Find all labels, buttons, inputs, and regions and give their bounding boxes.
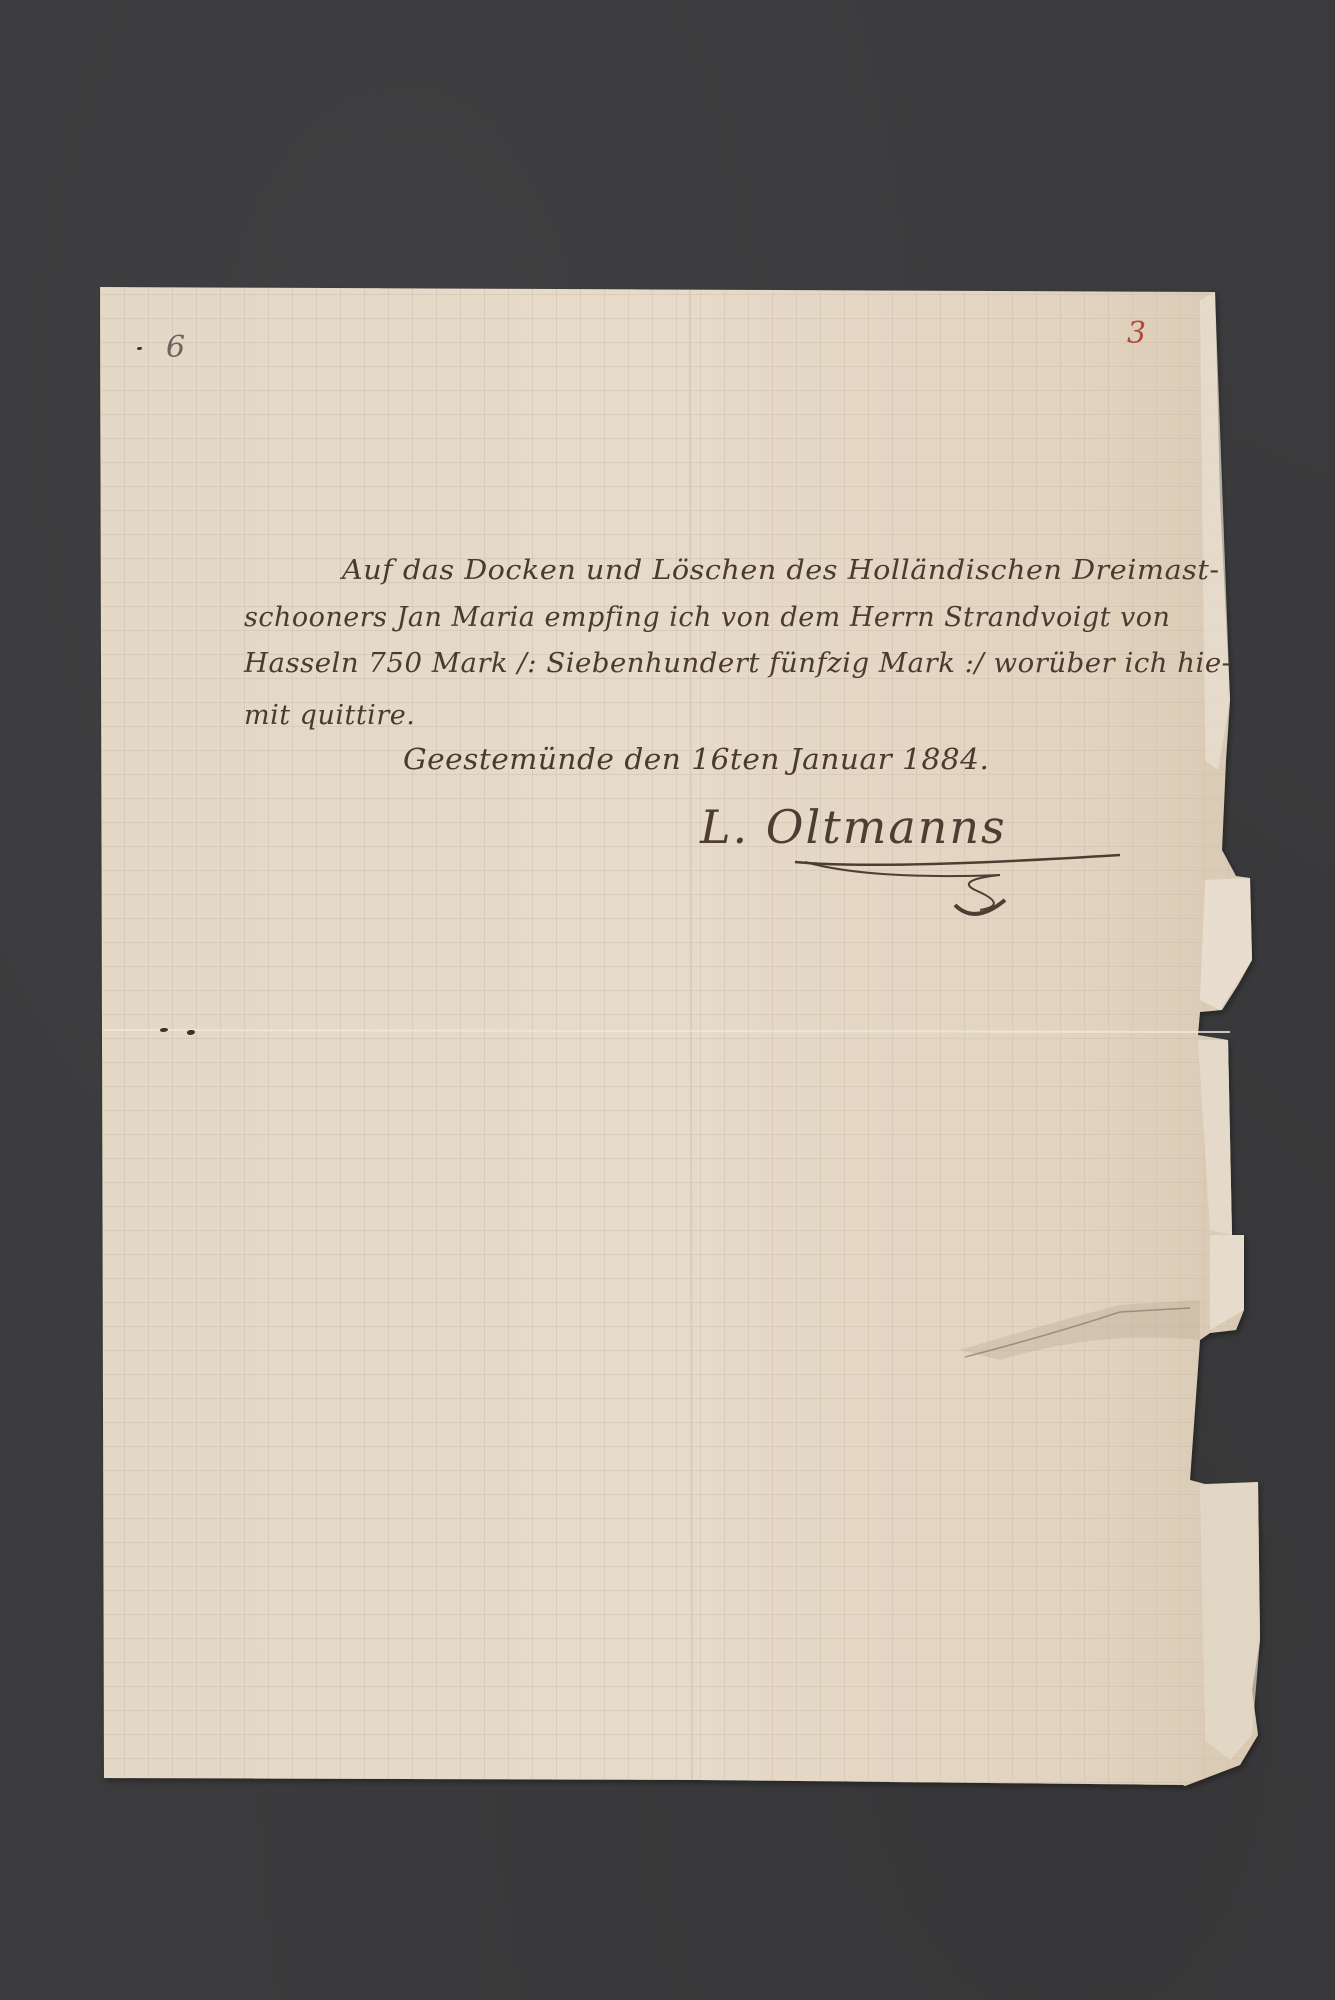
folio-number-right: 3 xyxy=(1127,316,1146,351)
paper-sheet xyxy=(0,0,1335,2000)
place-date: Geestemünde den 16ten Januar 1884. xyxy=(403,742,989,776)
body-line-1: Auf das Docken und Löschen des Holländis… xyxy=(342,555,1220,586)
folio-number-left: 6 xyxy=(166,330,185,365)
body-line-4: mit quittire. xyxy=(244,700,415,731)
body-line-2: schooners Jan Maria empfing ich von dem … xyxy=(244,602,1170,633)
body-line-3: Hasseln 750 Mark /: Siebenhundert fünfzi… xyxy=(244,648,1231,679)
signature: L. Oltmanns xyxy=(700,800,1007,854)
